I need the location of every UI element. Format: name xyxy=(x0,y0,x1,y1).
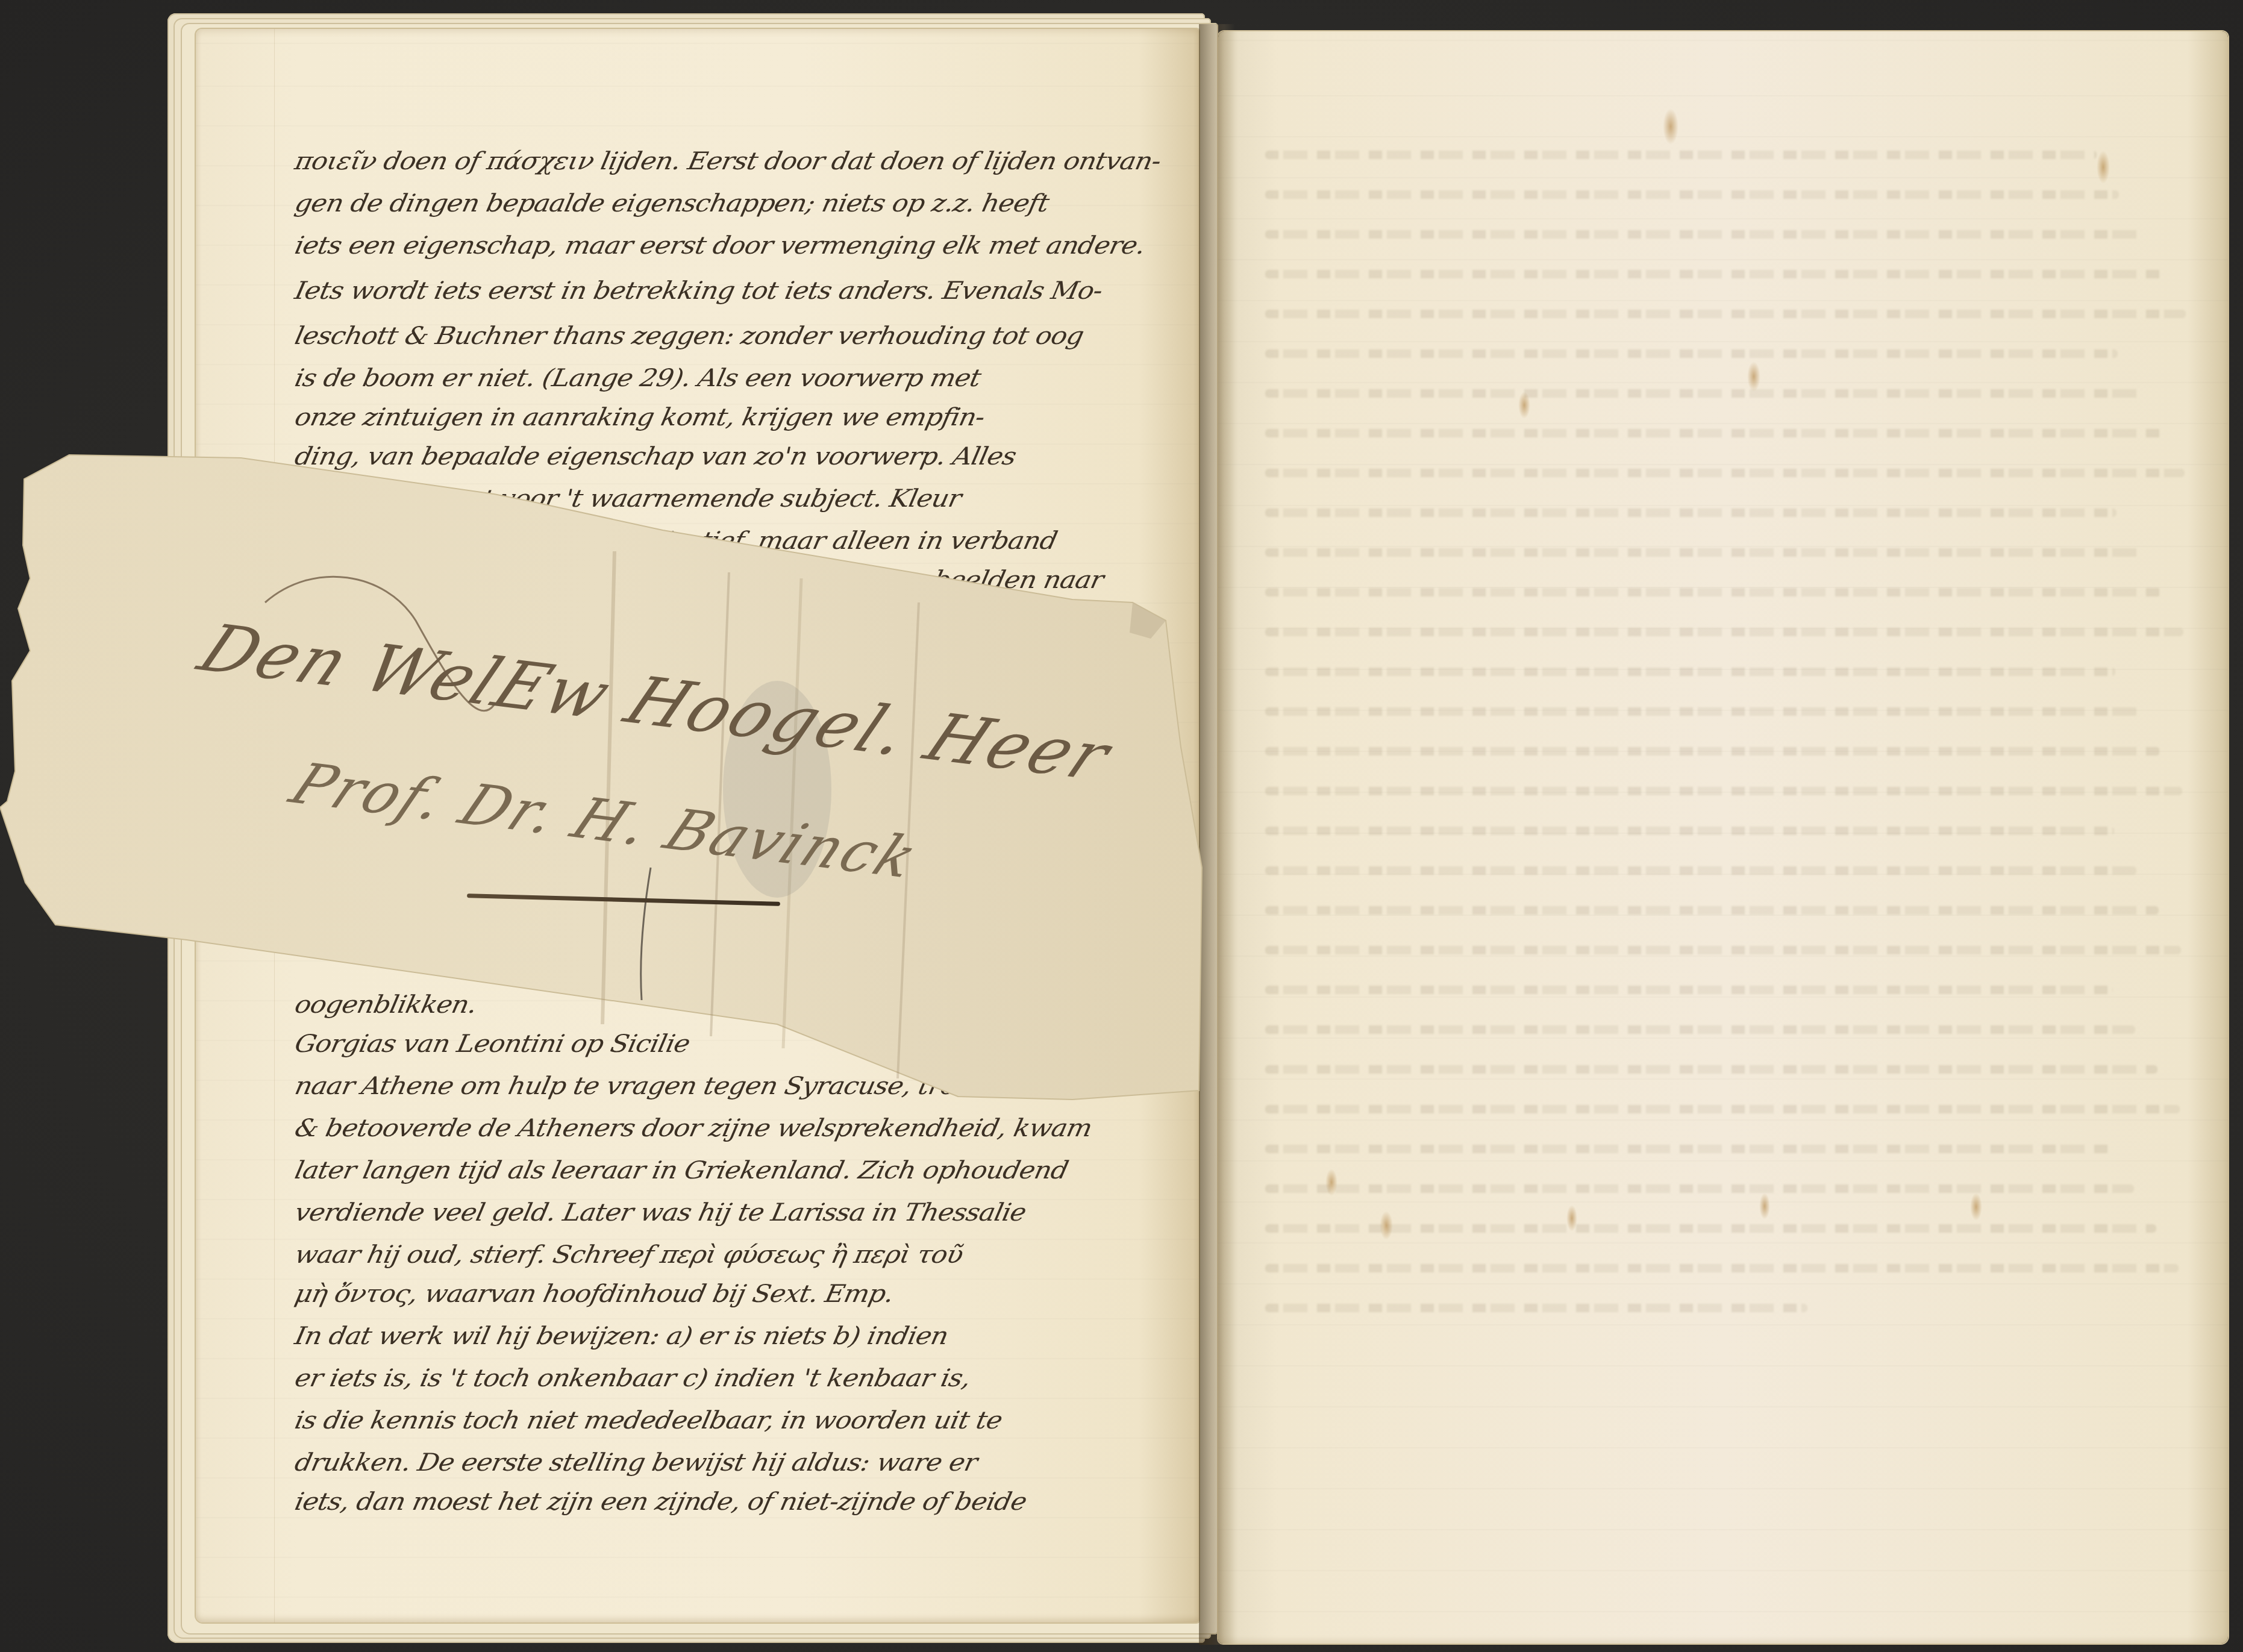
bleed-line xyxy=(1265,230,2141,239)
bleed-line xyxy=(1265,707,2138,716)
bleed-line xyxy=(1265,1264,2179,1272)
bleed-through-text xyxy=(1265,151,2187,1554)
bleed-line xyxy=(1265,866,2136,875)
bleed-line xyxy=(1265,389,2140,398)
bleed-line xyxy=(1265,151,2097,159)
bleed-line xyxy=(1265,906,2159,915)
bleed-line xyxy=(1265,628,2183,636)
text-line: oogenblikken. xyxy=(292,990,480,1019)
foxing-spot xyxy=(1759,1193,1770,1219)
bleed-line xyxy=(1265,588,2161,596)
text-line: er iets is, is 't toch onkenbaar c) indi… xyxy=(292,1364,973,1392)
text-line: & betooverde de Atheners door zijne wels… xyxy=(292,1114,1094,1142)
bleed-line xyxy=(1265,1105,2180,1113)
text-line: onze zintuigen in aanraking komt, krijge… xyxy=(292,403,987,431)
text-line: ποιεῖν doen of πάσχειν lijden. Eerst doo… xyxy=(292,147,1163,175)
text-line: iets eerst voor 't waarnemende subject. … xyxy=(371,484,964,513)
text-line: leschott & Buchner thans zeggen: zonder … xyxy=(292,322,1086,350)
text-line: μὴ ὄντος, waarvan hoofdinhoud bij Sext. … xyxy=(292,1280,896,1308)
text-line: is die kennis toch niet mededeelbaar, in… xyxy=(292,1406,1005,1435)
bleed-line xyxy=(1265,827,2114,835)
book-gutter xyxy=(1199,24,1235,1645)
bleed-line xyxy=(1265,668,2115,676)
bleed-line xyxy=(1265,190,2119,199)
margin-line xyxy=(274,29,275,1622)
text-line: In dat werk wil hij bewijzen: a) er is n… xyxy=(292,1322,951,1350)
text-line: objectief, maar alleen in verband xyxy=(630,527,1060,555)
text-line: is de boom er niet. (Lange 29). Als een … xyxy=(292,364,983,392)
foxing-spot xyxy=(1518,392,1530,419)
text-line: beelden naar xyxy=(931,566,1106,594)
bleed-line xyxy=(1265,349,2118,358)
bleed-line xyxy=(1265,429,2162,437)
bleed-line xyxy=(1265,548,2139,557)
bleed-line xyxy=(1265,310,2186,318)
foxing-spot xyxy=(1566,1205,1577,1231)
text-line: iets, dan moest het zijn een zijnde, of … xyxy=(292,1488,1029,1516)
bleed-line xyxy=(1265,986,2113,994)
text-line: later langen tijd als leeraar in Grieken… xyxy=(292,1156,1071,1184)
text-line: Iets wordt iets eerst in betrekking tot … xyxy=(292,277,1105,305)
foxing-spot xyxy=(1970,1193,1982,1221)
bleed-line xyxy=(1265,1304,1807,1312)
foxing-spot xyxy=(1325,1169,1337,1196)
text-line: drukken. De eerste stelling bewijst hij … xyxy=(292,1448,980,1477)
bleed-line xyxy=(1265,747,2160,756)
bleed-line xyxy=(1265,1145,2112,1153)
text-line: gen de dingen bepaalde eigenschappen; ni… xyxy=(292,189,1051,217)
text-line: verdiende veel geld. Later was hij te La… xyxy=(292,1198,1028,1227)
bleed-line xyxy=(1265,1184,2134,1193)
foxing-spot xyxy=(2097,151,2110,184)
bleed-line xyxy=(1265,1065,2157,1074)
bleed-line xyxy=(1265,787,2182,795)
bleed-line xyxy=(1265,508,2116,517)
bleed-line xyxy=(1265,946,2181,954)
foxing-spot xyxy=(1747,361,1760,392)
text-line: Gorgias van Leontini op Sicilie xyxy=(292,1030,692,1058)
foxing-spot xyxy=(1380,1211,1393,1240)
foxing-spot xyxy=(1663,108,1678,145)
text-line: naar Athene om hulp te vragen tegen Syra… xyxy=(292,1072,975,1100)
bleed-line xyxy=(1265,469,2185,477)
bleed-line xyxy=(1265,1224,2156,1233)
bleed-line xyxy=(1265,270,2163,278)
bleed-line xyxy=(1265,1025,2135,1034)
text-line: waar hij oud, stierf. Schreef περὶ φύσεω… xyxy=(292,1241,966,1269)
text-line: ding, van bepaalde eigenschap van zo'n v… xyxy=(292,442,1019,471)
text-line: iets een eigenschap, maar eerst door ver… xyxy=(292,231,1148,260)
